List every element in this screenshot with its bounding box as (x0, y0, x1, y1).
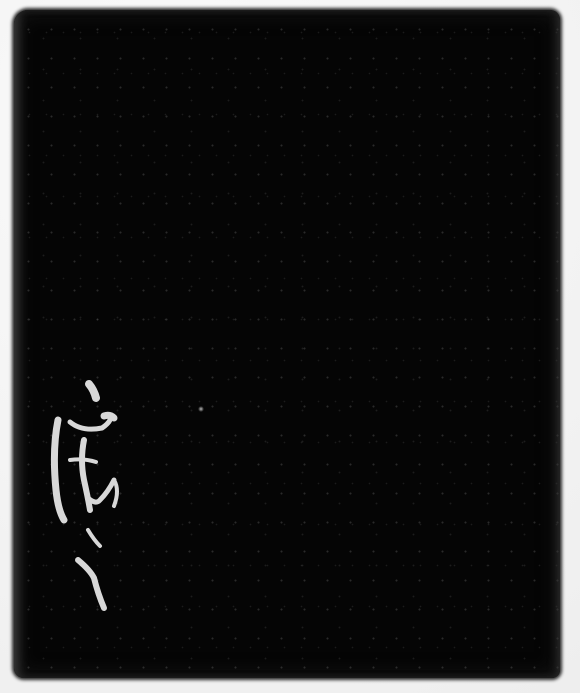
ink-rubbing-block (14, 10, 560, 678)
calligraphic-inscription (44, 380, 134, 620)
ink-speck (198, 406, 204, 412)
